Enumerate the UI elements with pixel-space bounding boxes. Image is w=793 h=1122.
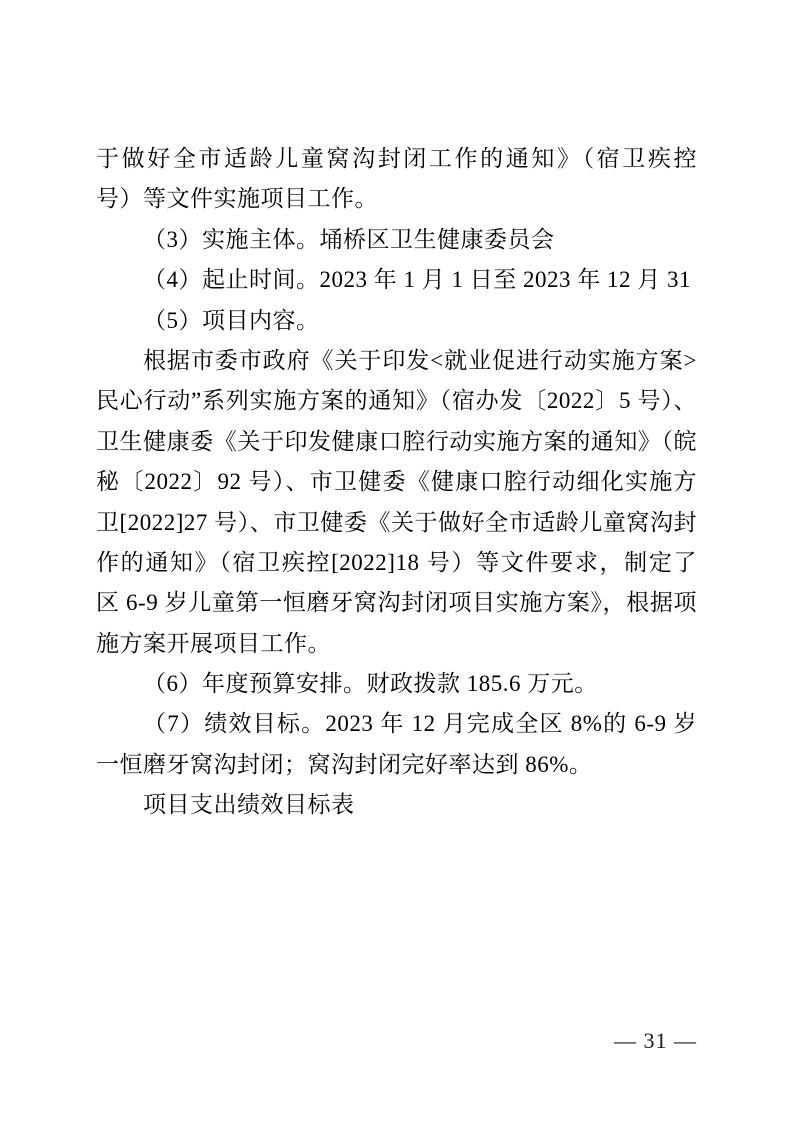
text-line: 区 6-9 岁儿童第一恒磨牙窝沟封闭项目实施方案》，根据项目实 [96,583,697,623]
text-line: 号）等文件实施项目工作。 [96,179,697,219]
text-line: （6）年度预算安排。财政拨款 185.6 万元。 [96,664,697,704]
text-line: 于做好全市适龄儿童窝沟封闭工作的通知》（宿卫疾控[2022]18 [96,139,697,179]
page-number: — 31 — [614,1028,697,1054]
text-line: 施方案开展项目工作。 [96,624,697,664]
text-line: 作的通知》（宿卫疾控[2022]18 号）等文件要求，制定了《埇桥 [96,543,697,583]
document-page: 于做好全市适龄儿童窝沟封闭工作的通知》（宿卫疾控[2022]18号）等文件实施项… [0,0,793,1122]
text-line: 一恒磨牙窝沟封闭；窝沟封闭完好率达到 86%。 [96,745,697,785]
text-line: 民心行动”系列实施方案的通知》（宿办发〔2022〕5 号）、省 [96,381,697,421]
text-line: 卫生健康委《关于印发健康口腔行动实施方案的通知》（皖卫办 [96,422,697,462]
document-body: 于做好全市适龄儿童窝沟封闭工作的通知》（宿卫疾控[2022]18号）等文件实施项… [96,139,697,826]
text-line: 项目支出绩效目标表 [96,785,697,825]
text-line: （5）项目内容。 [96,301,697,341]
text-line: 根据市委市政府《关于印发<就业促进行动实施方案>等“暖 [96,341,697,381]
text-line: 秘〔2022〕92 号）、市卫健委《健康口腔行动细化实施方案》（宿 [96,462,697,502]
text-line: （4）起止时间。2023 年 1 月 1 日至 2023 年 12 月 31 日 [96,260,697,300]
text-line: （7）绩效目标。2023 年 12 月完成全区 8%的 6-9 岁儿童第 [96,704,697,744]
text-line: 卫[2022]27 号）、市卫健委《关于做好全市适龄儿童窝沟封闭工 [96,503,697,543]
text-line: （3）实施主体。埇桥区卫生健康委员会 [96,220,697,260]
